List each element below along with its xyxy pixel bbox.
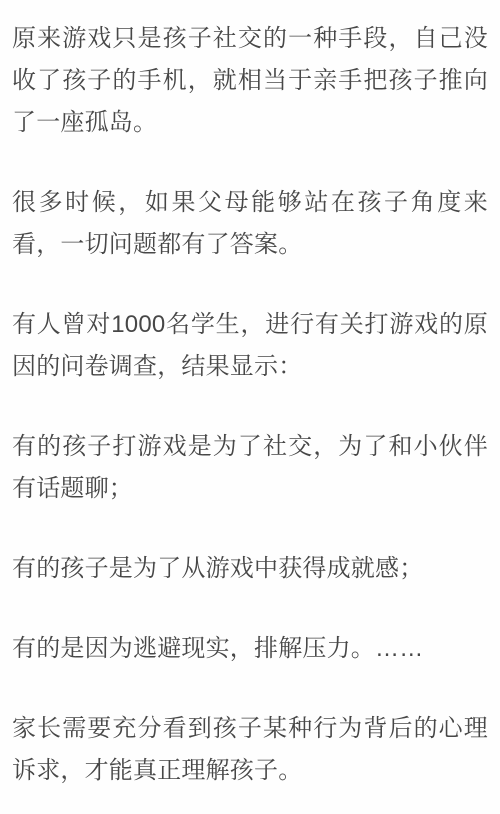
paragraph-reason-achievement: 有的孩子是为了从游戏中获得成就感； [12, 548, 488, 590]
article-body: 原来游戏只是孩子社交的一种手段，自己没收了孩子的手机，就相当于亲手把孩子推向了一… [0, 0, 500, 814]
paragraph-conclusion: 家长需要充分看到孩子某种行为背后的心理诉求，才能真正理解孩子。 [12, 708, 488, 792]
paragraph-survey-intro: 有人曾对1000名学生，进行有关打游戏的原因的问卷调查，结果显示： [12, 304, 488, 388]
paragraph-game-social-tool: 原来游戏只是孩子社交的一种手段，自己没收了孩子的手机，就相当于亲手把孩子推向了一… [12, 18, 488, 144]
paragraph-reason-social: 有的孩子打游戏是为了社交，为了和小伙伴有话题聊； [12, 426, 488, 510]
paragraph-reason-escape: 有的是因为逃避现实，排解压力。…… [12, 628, 488, 670]
page: { "page": { "background_color": "#fefefe… [0, 0, 500, 814]
paragraph-parents-perspective: 很多时候，如果父母能够站在孩子角度来看，一切问题都有了答案。 [12, 182, 488, 266]
